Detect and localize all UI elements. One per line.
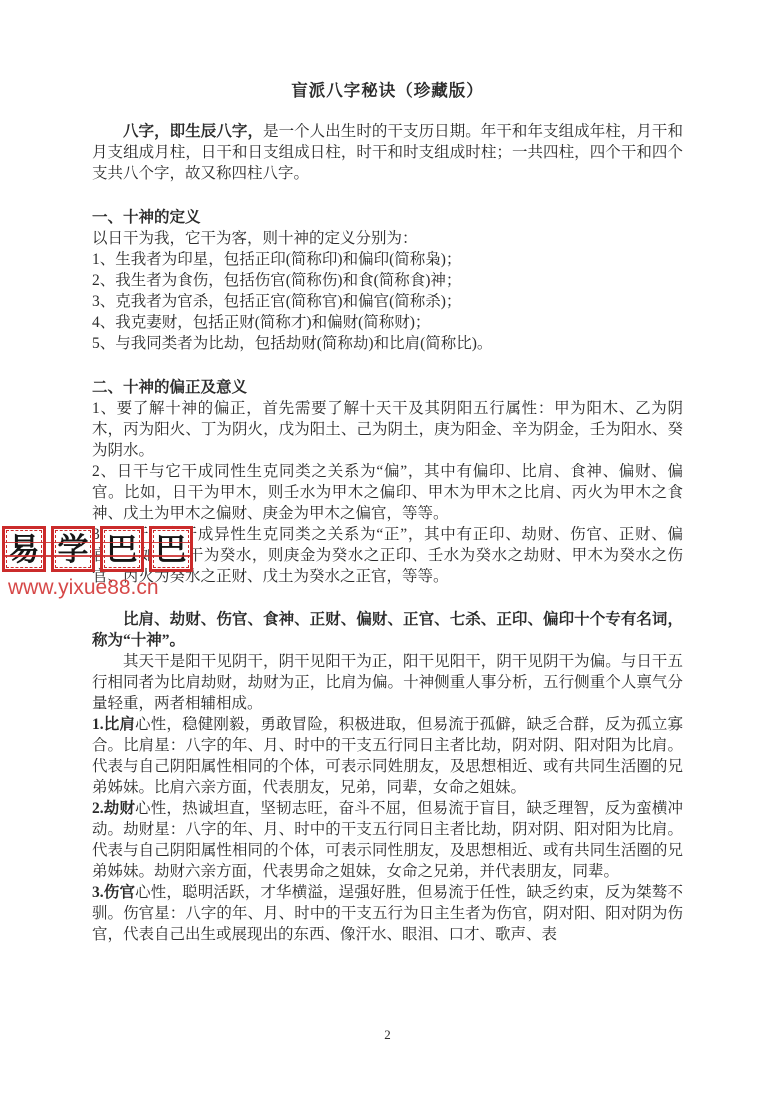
watermark-character: 巴 [156,534,187,565]
watermark-boxes: 易学巴巴 [2,526,193,572]
text-block: 1、要了解十神的偏正，首先需要了解十天干及其阴阳五行属性：甲为阳木、乙为阴木，丙… [92,398,683,461]
text-block: 4、我克妻财，包括正财(简称才)和偏财(简称财)； [92,312,683,333]
text-block: 3、克我者为官杀，包括正官(简称官)和偏官(简称杀)； [92,291,683,312]
text-block: 1、生我者为印星，包括正印(简称印)和偏印(简称枭)； [92,249,683,270]
bold-lead-text: 2.劫财 [92,800,135,817]
section-heading: 二、十神的偏正及意义 [92,377,683,398]
document-content: 盲派八字秘诀（珍藏版） 八字，即生辰八字，是一个人出生时的干支历日期。年干和年支… [92,80,683,945]
text-block: 2、日干与它干成同性生克同类之关系为“偏”，其中有偏印、比肩、食神、偏财、偏官。… [92,461,683,524]
watermark-seal-box: 学 [51,526,95,572]
watermark-character: 巴 [107,534,138,565]
page-title: 盲派八字秘诀（珍藏版） [92,80,683,101]
bold-lead-text: 八字，即生辰八字， [123,123,263,140]
scanned-document-page: 盲派八字秘诀（珍藏版） 八字，即生辰八字，是一个人出生时的干支历日期。年干和年支… [0,0,773,1112]
text-block: 其天干是阳干见阴干，阴干见阳干为正，阳干见阳干，阴干见阴干为偏。与日干五行相同者… [92,651,683,714]
section-heading: 一、十神的定义 [92,207,683,228]
text-block: 2.劫财心性，热诚坦直，坚韧志旺，奋斗不屈，但易流于盲目，缺乏理智，反为蛮横冲动… [92,798,683,882]
text-block: 3.伤官心性，聪明活跃，才华横溢，逞强好胜，但易流于任性，缺乏约束，反为桀骜不驯… [92,882,683,945]
text-block: 比肩、劫财、伤官、食神、正财、偏财、正官、七杀、正印、偏印十个专有名词，称为“十… [92,609,683,651]
watermark-character: 学 [58,534,89,565]
text-block: 以日干为我，它干为客，则十神的定义分别为： [92,228,683,249]
watermark-seal-box: 易 [2,526,46,572]
watermark-seal-box: 巴 [149,526,193,572]
site-watermark: 易学巴巴 www.yixue88.cn [2,526,193,600]
watermark-character: 易 [9,534,40,565]
text-block: 2、我生者为食伤，包括伤官(简称伤)和食(简称食)神； [92,270,683,291]
page-number: 2 [92,1027,683,1043]
text-block: 5、与我同类者为比劫，包括劫财(简称劫)和比肩(简称比)。 [92,333,683,354]
watermark-url: www.yixue88.cn [8,576,193,600]
bold-lead-text: 1.比肩 [92,716,135,733]
text-block: 1.比肩心性，稳健刚毅，勇敢冒险，积极进取，但易流于孤僻，缺乏合群，反为孤立寡合… [92,714,683,798]
text-block: 八字，即生辰八字，是一个人出生时的干支历日期。年干和年支组成年柱，月干和月支组成… [92,121,683,184]
watermark-seal-box: 巴 [100,526,144,572]
bold-lead-text: 3.伤官 [92,884,135,901]
